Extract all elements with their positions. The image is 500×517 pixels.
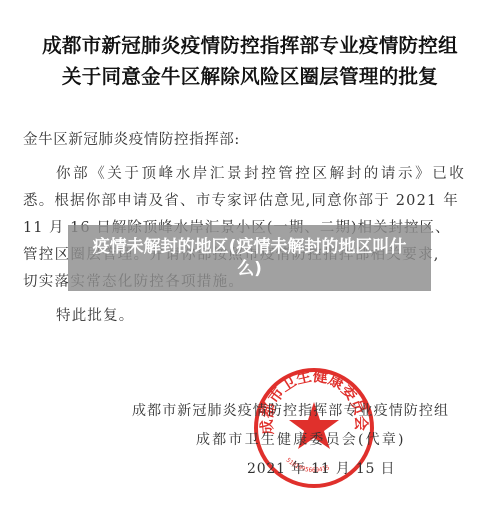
body-line-2: 悉。根据你部申请及省、市专家评估意见,同意你部于 2021 年	[23, 189, 459, 210]
document-title-line-1: 成都市新冠肺炎疫情防控指挥部专业疫情防控组	[0, 30, 500, 58]
document-title-line-2: 关于同意金牛区解除风险区圈层管理的批复	[0, 61, 500, 89]
signature-date: 2021 年 11 月 15 日	[247, 458, 395, 478]
overlay-caption: 疫情未解封的地区(疫情未解封的地区叫什么)	[85, 236, 415, 280]
salutation: 金牛区新冠肺炎疫情防控指挥部:	[23, 128, 240, 149]
closing-text: 特此批复。	[56, 304, 135, 325]
caption-overlay: 疫情未解封的地区(疫情未解封的地区叫什么)	[68, 225, 431, 291]
signature-line-2: 成都市卫生健康委员会(代章)	[196, 429, 406, 449]
body-line-1: 你部《关于顶峰水岸汇景封控管控区解封的请示》已收	[56, 162, 466, 183]
signature-line-1: 成都市新冠肺炎疫情防控指挥部专业疫情防控组	[132, 400, 449, 420]
document-page: 成都市新冠肺炎疫情防控指挥部专业疫情防控组 关于同意金牛区解除风险区圈层管理的批…	[0, 0, 500, 517]
